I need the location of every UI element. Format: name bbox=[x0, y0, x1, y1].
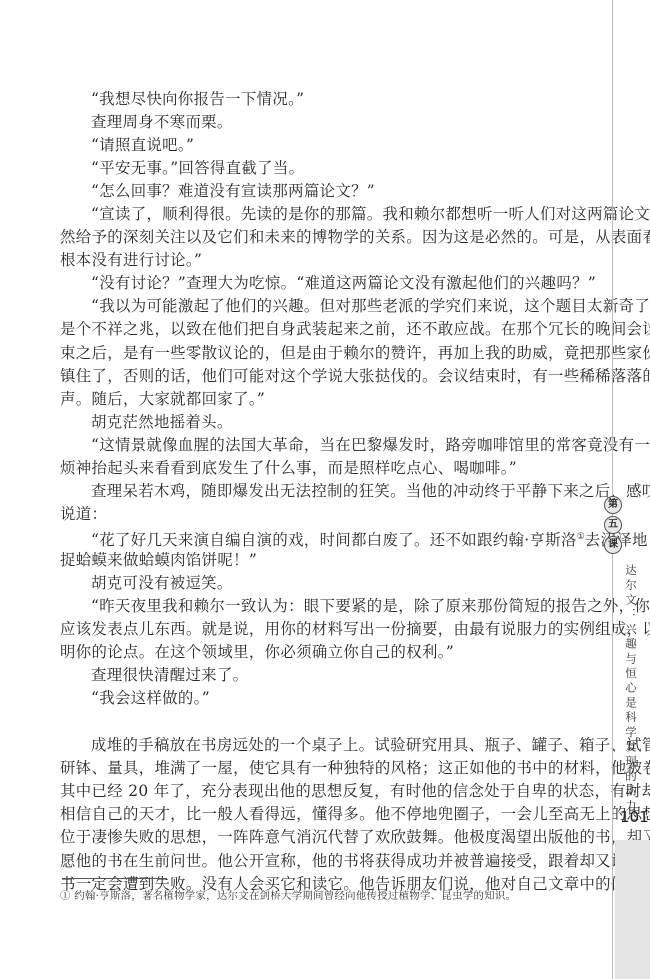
text-line: 捉蛤蟆来做蛤蟆肉馅饼呢！” bbox=[60, 549, 582, 572]
line-text: “花了好几天来演自编自演的戏，时间都白废了。还不如跟约翰·亨斯洛 bbox=[91, 531, 577, 549]
text-line: 根本没有进行讨论。” bbox=[60, 249, 582, 272]
text-line: 其中已经 20 年了，充分表现出他的思想反复，有时他的信念处于自卑的状态，有时却… bbox=[60, 780, 582, 803]
text-line: 镇住了，否则的话，他们可能对这个学说大张挞伐的。会议结束时，有一些稀稀落落的掌 bbox=[60, 365, 582, 388]
text-line: 成堆的手稿放在书房远处的一个桌子上。试验研究用具、瓶子、罐子、箱子、试管、 bbox=[60, 734, 582, 757]
lesson-badge: 五 bbox=[604, 516, 622, 534]
footnote-marker[interactable]: ① bbox=[577, 532, 585, 542]
text-line: 束之后，是有一些零散议论的，但是由于赖尔的赞许，再加上我的助威，竟把那些家伙们 bbox=[60, 342, 582, 365]
text-line: 应该发表点儿东西。就是说，用你的材料写出一份摘要，由最有说服力的实例组成，以证 bbox=[60, 618, 582, 641]
text-line: 查理很快清醒过来了。 bbox=[60, 664, 582, 687]
text-line-footnote-ref: “花了好几天来演自编自演的戏，时间都白废了。还不如跟约翰·亨斯洛①去沼泽地 bbox=[60, 526, 582, 549]
text-line: “宣读了，顺利得很。先读的是你的那篇。我和赖尔都想听一听人们对这两篇论文必 bbox=[60, 203, 582, 226]
lesson-badge-group: 第 五 课 bbox=[604, 496, 622, 556]
text-line: 是个不祥之兆，以致在他们把自身武装起来之前，还不敢应战。在那个冗长的晚间会议结 bbox=[60, 318, 582, 341]
text-line: 查理周身不寒而栗。 bbox=[60, 111, 582, 134]
text-line: “昨天夜里我和赖尔一致认为：眼下要紧的是，除了原来那份简短的报告之外，你还 bbox=[60, 595, 582, 618]
dialogue-section-2: 捉蛤蟆来做蛤蟆肉馅饼呢！”胡克可没有被逗笑。“昨天夜里我和赖尔一致认为：眼下要紧… bbox=[60, 549, 582, 710]
text-line: 说道： bbox=[60, 503, 582, 526]
text-line: 声。随后，大家就都回家了。” bbox=[60, 388, 582, 411]
text-line: “我会这样做的。” bbox=[60, 687, 582, 710]
text-line: “我想尽快向你报告一下情况。” bbox=[60, 88, 582, 111]
textbook-page: “我想尽快向你报告一下情况。”查理周身不寒而栗。“请照直说吧。”“平安无事。”回… bbox=[0, 0, 650, 979]
text-line: 愿他的书在生前问世。他公开宣称，他的书将获得成功并被普遍接受，跟着却又认为他的 bbox=[60, 850, 582, 873]
footnote-divider bbox=[62, 878, 167, 879]
text-line: 查理呆若木鸡，随即爆发出无法控制的狂笑。当他的冲动终于平静下来之后，感叹地 bbox=[60, 480, 582, 503]
text-line: 明你的论点。在这个领域里，你必须确立你自己的权利。” bbox=[60, 641, 582, 664]
dialogue-section: “我想尽快向你报告一下情况。”查理周身不寒而栗。“请照直说吧。”“平安无事。”回… bbox=[60, 88, 582, 526]
text-line: 然给予的深刻关注以及它们和未来的博物学的关系。因为这是必然的。可是，从表面看， bbox=[60, 226, 582, 249]
text-line: 胡克可没有被逗笑。 bbox=[60, 572, 582, 595]
text-line: 研钵、量具，堆满了一屋，使它具有一种独特的风格；这正如他的书中的材料，他被卷入 bbox=[60, 757, 582, 780]
lesson-badge: 第 bbox=[604, 496, 622, 514]
text-line: “这情景就像血腥的法国大革命，当在巴黎爆发时，路旁咖啡馆里的常客竟没有一个 bbox=[60, 434, 582, 457]
text-line: 相信自己的天才，比一般人看得远，懂得多。他不停地兜圈子，一会儿至高无上的思想让 bbox=[60, 803, 582, 826]
margin-divider-line bbox=[612, 0, 613, 979]
section-gap bbox=[60, 710, 582, 734]
text-line: “平安无事。”回答得直截了当。 bbox=[60, 157, 582, 180]
text-line: 位于凄惨失败的思想，一阵阵意气消沉代替了欢欣鼓舞。他极度渴望出版他的书，却又不 bbox=[60, 826, 582, 849]
margin-shade-block bbox=[615, 840, 650, 979]
chapter-title-vertical: 达尔文：兴趣与恒心是科学发现的动力 bbox=[618, 564, 638, 814]
text-line: 烦神抬起头来看看到底发生了什么事，而是照样吃点心、喝咖啡。” bbox=[60, 457, 582, 480]
text-line: “怎么回事？难道没有宣读那两篇论文？” bbox=[60, 180, 582, 203]
text-line: “没有讨论？”查理大为吃惊。“难道这两篇论文没有激起他们的兴趣吗？” bbox=[60, 272, 582, 295]
main-text-column: “我想尽快向你报告一下情况。”查理周身不寒而栗。“请照直说吧。”“平安无事。”回… bbox=[60, 88, 582, 896]
narrative-paragraph: 成堆的手稿放在书房远处的一个桌子上。试验研究用具、瓶子、罐子、箱子、试管、研钵、… bbox=[60, 734, 582, 895]
text-line: 胡克茫然地摇着头。 bbox=[60, 411, 582, 434]
text-line: “请照直说吧。” bbox=[60, 134, 582, 157]
footnote: ① 约翰·亨斯洛，著名植物学家，达尔文在剑桥大学期间曾经向他传授过植物学、昆虫学… bbox=[60, 887, 516, 902]
page-number: 101 bbox=[620, 808, 649, 826]
lesson-badge: 课 bbox=[604, 536, 622, 554]
text-line: “我以为可能激起了他们的兴趣。但对那些老派的学究们来说，这个题目太新奇了， bbox=[60, 295, 582, 318]
